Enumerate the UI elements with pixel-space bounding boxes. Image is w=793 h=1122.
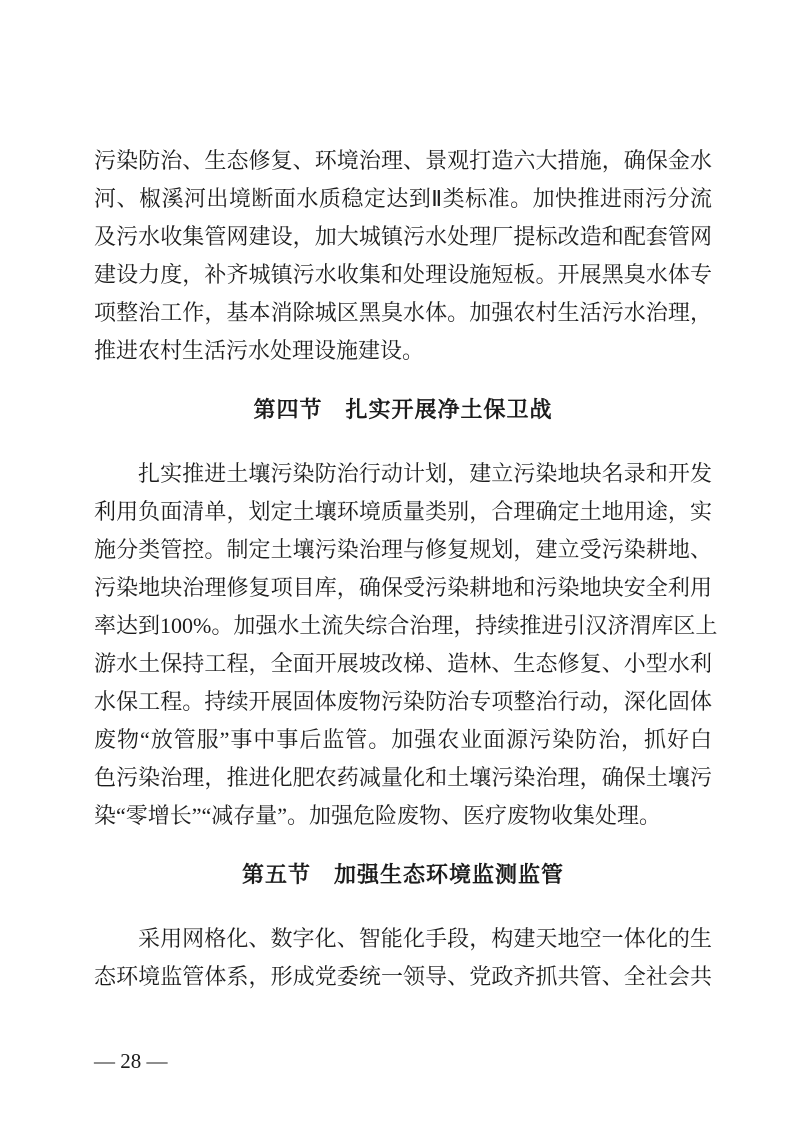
paragraph: 扎实推进土壤污染防治行动计划，建立污染地块名录和开发利用负面清单，划定土壤环境质… bbox=[94, 455, 712, 835]
paragraph-line: 扎实推进土壤污染防治行动计划，建立污染地块名录和开发 bbox=[94, 455, 712, 493]
paragraph-line: 率达到100%。加强水土流失综合治理，持续推进引汉济渭库区上 bbox=[94, 607, 712, 645]
paragraph-line: 河、椒溪河出境断面水质稳定达到Ⅱ类标准。加快推进雨污分流 bbox=[94, 180, 712, 218]
document-body: 污染防治、生态修复、环境治理、景观打造六大措施，确保金水河、椒溪河出境断面水质稳… bbox=[94, 142, 712, 996]
paragraph-line: 态环境监管体系，形成党委统一领导、党政齐抓共管、全社会共 bbox=[94, 958, 712, 996]
paragraph: 采用网格化、数字化、智能化手段，构建天地空一体化的生态环境监管体系，形成党委统一… bbox=[94, 920, 712, 996]
paragraph-line: 污染地块治理修复项目库，确保受污染耕地和污染地块安全利用 bbox=[94, 569, 712, 607]
page-number: — 28 — bbox=[94, 1046, 168, 1076]
section-heading: 第五节 加强生态环境监测监管 bbox=[94, 856, 712, 894]
paragraph-line: 建设力度，补齐城镇污水收集和处理设施短板。开展黑臭水体专 bbox=[94, 256, 712, 294]
paragraph-line: 色污染治理，推进化肥农药减量化和土壤污染治理，确保土壤污 bbox=[94, 759, 712, 797]
paragraph-line: 水保工程。持续开展固体废物污染防治专项整治行动，深化固体 bbox=[94, 683, 712, 721]
paragraph-line: 游水土保持工程，全面开展坡改梯、造林、生态修复、小型水利 bbox=[94, 645, 712, 683]
paragraph-line: 项整治工作，基本消除城区黑臭水体。加强农村生活污水治理， bbox=[94, 294, 712, 332]
paragraph-line: 推进农村生活污水处理设施建设。 bbox=[94, 332, 712, 370]
section-heading: 第四节 扎实开展净土保卫战 bbox=[94, 391, 712, 429]
paragraph-line: 废物“放管服”事中事后监管。加强农业面源污染防治，抓好白 bbox=[94, 721, 712, 759]
paragraph-line: 利用负面清单，划定土壤环境质量类别，合理确定土地用途，实 bbox=[94, 493, 712, 531]
paragraph-line: 污染防治、生态修复、环境治理、景观打造六大措施，确保金水 bbox=[94, 142, 712, 180]
paragraph-line: 及污水收集管网建设，加大城镇污水处理厂提标改造和配套管网 bbox=[94, 218, 712, 256]
document-page: 污染防治、生态修复、环境治理、景观打造六大措施，确保金水河、椒溪河出境断面水质稳… bbox=[0, 0, 793, 1122]
paragraph-line: 采用网格化、数字化、智能化手段，构建天地空一体化的生 bbox=[94, 920, 712, 958]
paragraph: 污染防治、生态修复、环境治理、景观打造六大措施，确保金水河、椒溪河出境断面水质稳… bbox=[94, 142, 712, 370]
paragraph-line: 染“零增长”“减存量”。加强危险废物、医疗废物收集处理。 bbox=[94, 797, 712, 835]
paragraph-line: 施分类管控。制定土壤污染治理与修复规划，建立受污染耕地、 bbox=[94, 531, 712, 569]
